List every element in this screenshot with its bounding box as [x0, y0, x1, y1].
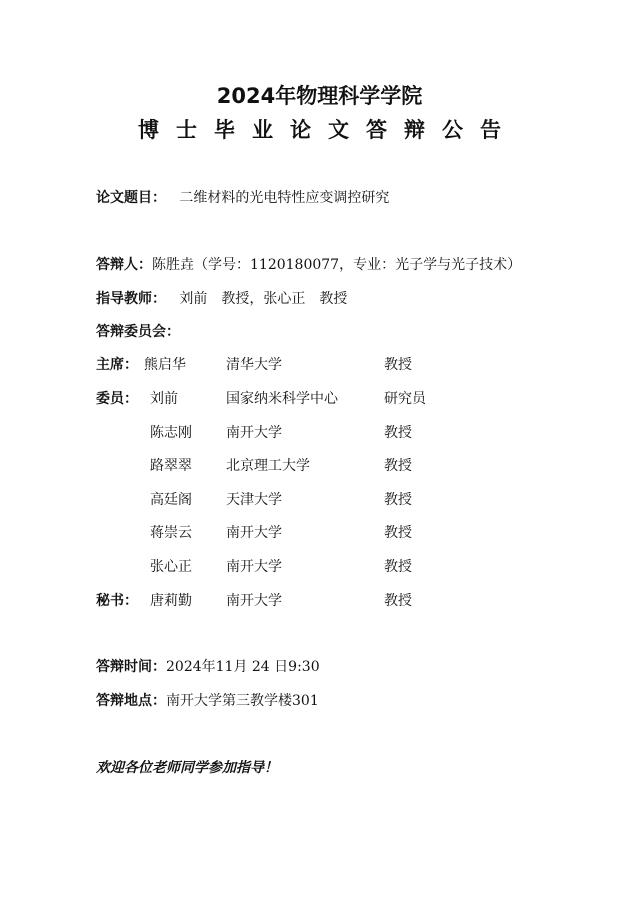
candidate-value: 陈胜垚（学号：1120180077，专业：光子学与光子技术）: [152, 257, 521, 273]
member-title: 教授: [384, 422, 412, 442]
location-label: 答辩地点：: [96, 693, 166, 709]
candidate-row: 答辩人：陈胜垚（学号：1120180077，专业：光子学与光子技术）: [96, 254, 521, 274]
advisors-value: 刘前 教授，张心正 教授: [179, 291, 347, 307]
member-title: 教授: [384, 590, 412, 610]
advisors-label: 指导教师：: [96, 291, 166, 307]
title-line-2: 博士毕业论文答辩公告: [0, 114, 639, 144]
time-label: 答辩时间：: [96, 659, 166, 675]
member-name: 路翠翠: [150, 455, 192, 475]
member-title: 教授: [384, 455, 412, 475]
committee-label: 答辩委员会：: [96, 321, 180, 341]
time-row: 答辩时间：2024年11月 24 日9:30: [96, 656, 320, 676]
member-org: 国家纳米科学中心: [226, 388, 338, 408]
time-value: 2024年11月 24 日9:30: [166, 659, 320, 675]
thesis-label: 论文题目：: [96, 190, 166, 206]
member-org: 南开大学: [226, 590, 282, 610]
welcome-text: 欢迎各位老师同学参加指导！: [96, 757, 278, 777]
member-title: 教授: [384, 489, 412, 509]
member-name: 陈志刚: [150, 422, 192, 442]
member-name: 张心正: [150, 556, 192, 576]
member-title: 教授: [384, 354, 412, 374]
member-role: 委员：: [96, 388, 138, 408]
member-org: 南开大学: [226, 522, 282, 542]
member-name: 蒋崇云: [150, 522, 192, 542]
thesis-title: 二维材料的光电特性应变调控研究: [179, 190, 389, 206]
member-title: 教授: [384, 522, 412, 542]
member-name: 刘前: [150, 388, 178, 408]
member-name: 唐莉勤: [150, 590, 192, 610]
member-name: 高廷阁: [150, 489, 192, 509]
member-org: 北京理工大学: [226, 455, 310, 475]
advisors-row: 指导教师： 刘前 教授，张心正 教授: [96, 288, 347, 308]
member-org: 天津大学: [226, 489, 282, 509]
location-row: 答辩地点：南开大学第三教学楼301: [96, 690, 319, 710]
candidate-label: 答辩人：: [96, 257, 152, 273]
title-line-1: 2024年物理科学学院: [0, 80, 639, 110]
member-title: 研究员: [384, 388, 426, 408]
member-title: 教授: [384, 556, 412, 576]
member-role: 主席：: [96, 354, 138, 374]
location-value: 南开大学第三教学楼301: [166, 693, 319, 709]
member-role: 秘书：: [96, 590, 138, 610]
member-name: 熊启华: [144, 354, 186, 374]
member-org: 南开大学: [226, 556, 282, 576]
thesis-row: 论文题目： 二维材料的光电特性应变调控研究: [96, 187, 389, 207]
member-org: 清华大学: [226, 354, 282, 374]
member-org: 南开大学: [226, 422, 282, 442]
